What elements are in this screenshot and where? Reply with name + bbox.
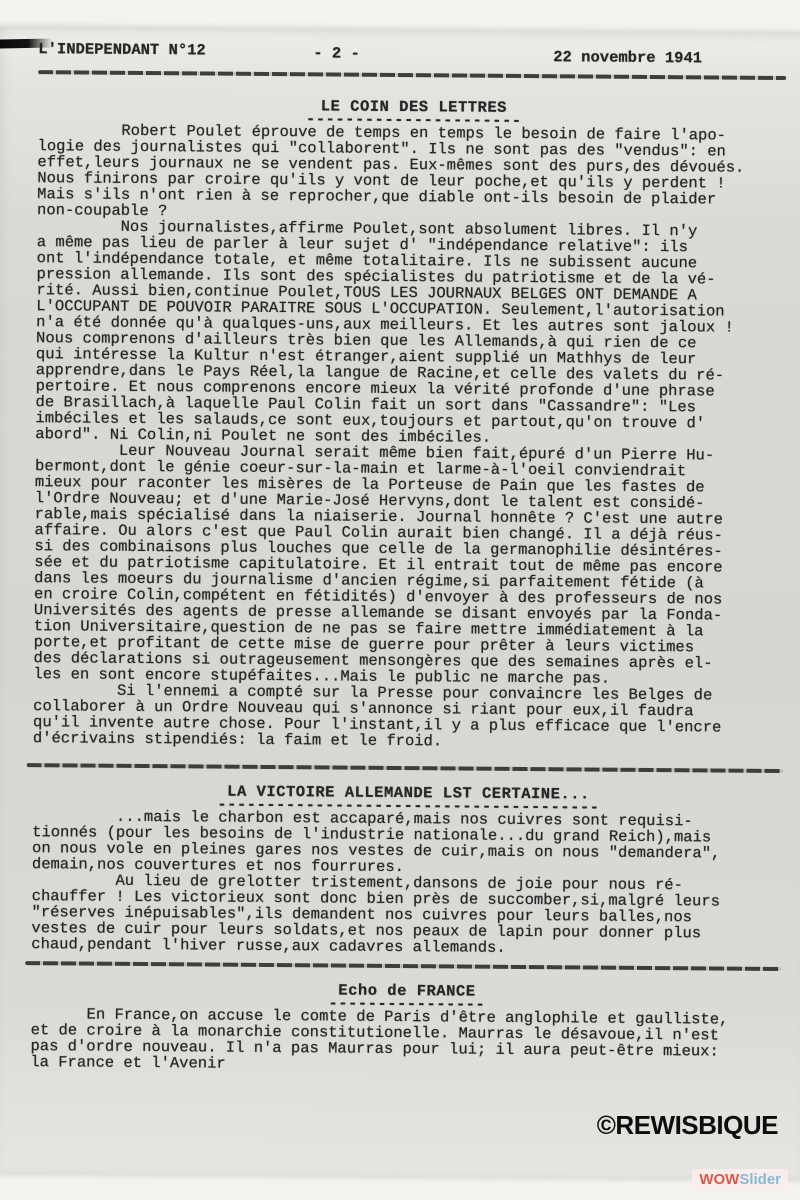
page-header: L'INDEPENDANT N°12 - 2 - 22 novembre 194… [38,41,790,67]
wowslider-wow-text: WOW [699,1171,739,1188]
paragraph: Robert Poulet éprouve de temps en temps … [37,122,790,224]
section-divider [27,763,783,773]
paragraph: En France,on accuse le comte de Paris d'… [30,1006,782,1076]
page-content: L'INDEPENDANT N°12 - 2 - 22 novembre 194… [0,27,800,1076]
page-number: - 2 - [313,45,360,61]
copyright-watermark: ©REWISBIQUE [597,1110,778,1141]
scanned-page: L'INDEPENDANT N°12 - 2 - 22 novembre 194… [0,27,800,1179]
paragraph: Au lieu de grelotter tristement,dansons … [31,872,784,958]
section-divider [25,961,781,971]
header-divider [38,70,786,80]
issue-date: 22 novembre 1941 [553,49,702,66]
paragraph: Leur Nouveau Journal serait même bien fa… [33,442,787,688]
paragraph: ...mais le charbon est accaparé,mais nos… [32,808,784,878]
wowslider-slider-text: Slider [739,1171,781,1188]
paragraph: Nos journalistes,affirme Poulet,sont abs… [35,218,789,448]
wowslider-watermark: WOWSlider [692,1169,788,1190]
journal-title: L'INDEPENDANT N°12 [38,41,206,58]
paragraph: Si l'ennemi a compté sur la Presse pour … [33,682,785,752]
